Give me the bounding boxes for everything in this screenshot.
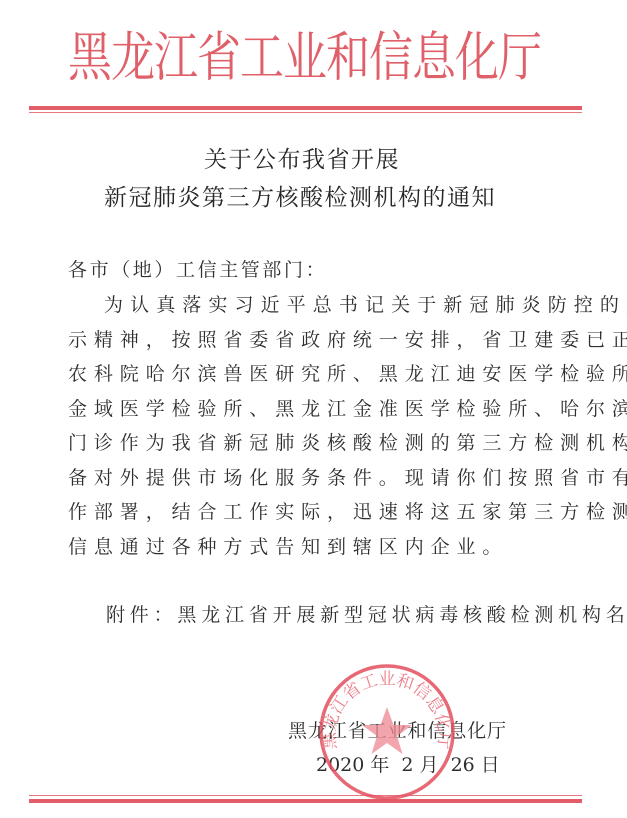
footer-divider-thick — [29, 799, 582, 803]
date-day: 26 — [451, 754, 475, 776]
attachment-note: 附件：黑龙江省开展新型冠状病毒核酸检测机构名单 — [106, 603, 627, 627]
body-paragraph-line: 示精神，按照省委省政府统一安排，省卫建委已正式将中国 — [68, 328, 627, 352]
body-paragraph-line: 门诊作为我省新冠肺炎核酸检测的第三方检测机构，并已具 — [68, 431, 627, 455]
notice-title-line2: 新冠肺炎第三方核酸检测机构的通知 — [104, 183, 496, 213]
footer-divider-thin — [29, 795, 582, 796]
header-divider-thin — [29, 112, 582, 113]
body-paragraph-line: 作部署，结合工作实际，迅速将这五家第三方检测机构有关 — [68, 500, 627, 524]
issue-date: 2020年 2月 26日 — [316, 753, 506, 777]
date-year: 2020 — [316, 754, 364, 776]
date-month: 2 — [401, 754, 413, 776]
salutation: 各市（地）工信主管部门： — [68, 258, 327, 282]
body-paragraph-line: 信息通过各种方式告知到辖区内企业。 — [68, 535, 508, 559]
org-letterhead-title: 黑龙江省工业和信息化厅 — [68, 22, 541, 95]
date-month-unit: 月 — [420, 754, 439, 776]
body-paragraph-line: 金域医学检验所、黑龙江金准医学检验所、哈尔滨海关口岸 — [68, 397, 627, 421]
date-day-unit: 日 — [481, 754, 500, 776]
body-paragraph-line: 农科院哈尔滨兽医研究所、黑龙江迪安医学检验所、黑龙江 — [68, 362, 627, 386]
signature-org-name: 黑龙江省工业和信息化厅 — [288, 719, 507, 743]
notice-title-line1: 关于公布我省开展 — [204, 145, 400, 175]
body-paragraph-line: 为认真落实习近平总书记关于新冠肺炎防控的重要指 — [104, 293, 627, 317]
header-divider-thick — [29, 106, 582, 110]
body-paragraph-line: 备对外提供市场化服务条件。现请你们按照省市有关防疫工 — [68, 466, 627, 490]
date-year-unit: 年 — [370, 754, 389, 776]
